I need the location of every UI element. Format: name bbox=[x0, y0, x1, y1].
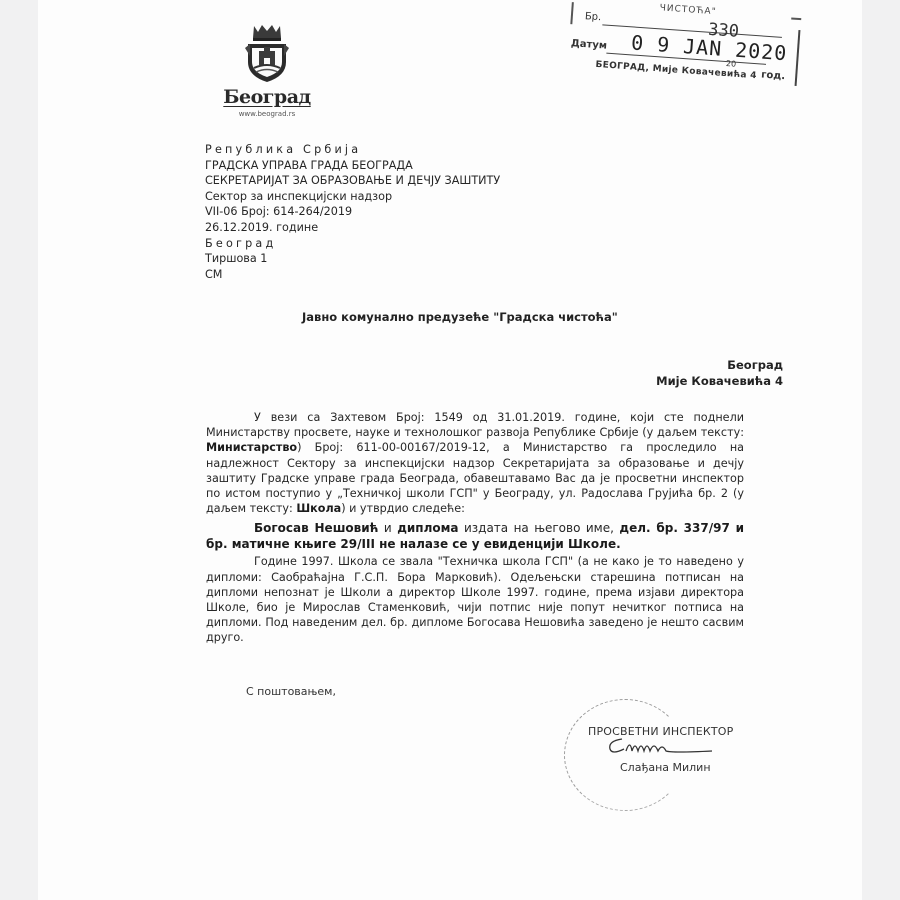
paragraph-3: Године 1997. Школа се звала "Техничка шк… bbox=[206, 554, 744, 645]
stamp-year-suffix: год. bbox=[761, 70, 786, 83]
text-span: ) и утврдио следеће: bbox=[341, 502, 465, 515]
handwritten-signature-icon bbox=[602, 735, 722, 757]
letterhead-logo: Београд www.beograd.rs bbox=[222, 22, 312, 118]
sender-street: Тиршова 1 bbox=[205, 251, 500, 267]
paragraph-1: У вези са Захтевом Број: 1549 од 31.01.2… bbox=[206, 410, 744, 516]
closing-salutation: С поштовањем, bbox=[246, 685, 336, 698]
document-date: 26.12.2019. године bbox=[205, 220, 500, 236]
stamp-date-label: Датум bbox=[571, 38, 608, 51]
sender-secretariat: СЕКРЕТАРИЈАТ ЗА ОБРАЗОВАЊЕ И ДЕЧЈУ ЗАШТИ… bbox=[205, 173, 500, 189]
bold-term: Министарство bbox=[206, 441, 297, 454]
stamp-number-label: Бр. bbox=[584, 11, 601, 23]
sender-header: Република Србија ГРАДСКА УПРАВА ГРАДА БЕ… bbox=[205, 142, 500, 282]
registry-stamp: ЧИСТОЋА" Бр. 330 Датум 0 9 JAN 2020 20 г… bbox=[565, 0, 806, 94]
signature-block: ПРОСВЕТНИ ИНСПЕКТОР Слађана Милин bbox=[560, 695, 780, 805]
belgrade-coat-of-arms-icon bbox=[244, 22, 290, 84]
recipient-address: Београд Мије Ковачевића 4 bbox=[656, 357, 783, 389]
recipient-name: Јавно комунално предузеће "Градска чисто… bbox=[302, 310, 618, 324]
bold-term: диплома bbox=[397, 521, 458, 535]
text-span: У вези са Захтевом Број: 1549 од 31.01.2… bbox=[206, 411, 744, 439]
sender-sector: Сектор за инспекцијски надзор bbox=[205, 189, 500, 205]
paragraph-2: Богосав Нешовић и диплома издата на њего… bbox=[206, 520, 744, 552]
stamp-border bbox=[570, 2, 574, 24]
text-span: издата на његово име, bbox=[459, 521, 620, 535]
letter-body: У вези са Захтевом Број: 1549 од 31.01.2… bbox=[206, 410, 744, 646]
signatory-name: Слађана Милин bbox=[620, 761, 711, 774]
recipient-city: Београд bbox=[656, 357, 783, 373]
stamp-border bbox=[791, 17, 801, 20]
bold-term: Школа bbox=[296, 502, 341, 515]
recipient-street: Мије Ковачевића 4 bbox=[656, 373, 783, 389]
stamp-border bbox=[795, 30, 801, 86]
stamp-year-prefix: 20 bbox=[726, 59, 737, 69]
sender-city: Београд bbox=[205, 236, 500, 252]
logo-url: www.beograd.rs bbox=[222, 110, 312, 118]
text-span: и bbox=[379, 521, 398, 535]
sender-administration: ГРАДСКА УПРАВА ГРАДА БЕОГРАДА bbox=[205, 158, 500, 174]
author-initials: СМ bbox=[205, 267, 500, 283]
logo-title: Београд bbox=[222, 86, 312, 108]
reference-number: VII-06 Број: 614-264/2019 bbox=[205, 204, 500, 220]
sender-country: Република Србија bbox=[205, 142, 500, 158]
bold-term: Богосав Нешовић bbox=[254, 521, 379, 535]
